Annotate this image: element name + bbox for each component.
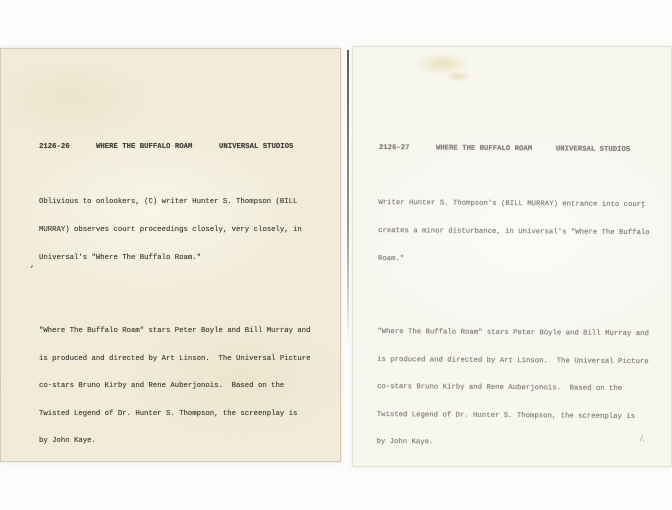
studio-name: UNIVERSAL STUDIOS — [556, 146, 631, 156]
caption-sheet-right: 2126-27 WHERE THE BUFFALO ROAM UNIVERSAL… — [352, 46, 672, 467]
credits-line: is produced and directed by Art Linson. … — [377, 356, 667, 367]
studio-name: UNIVERSAL STUDIOS — [219, 143, 293, 152]
caption-line: creates a minor disturbance, in Universa… — [378, 227, 668, 238]
credits-line: co-stars Bruno Kirby and Rene Auberjonoi… — [39, 382, 329, 391]
credits-line: by John Kaye. — [39, 437, 329, 446]
caption-line: Oblivious to onlookers, (C) writer Hunte… — [39, 198, 329, 207]
page-edge-shadow — [347, 50, 349, 346]
typed-text-left: 2126-26 WHERE THE BUFFALO ROAM UNIVERSAL… — [39, 125, 329, 493]
caption-sheet-left: 2126-26 WHERE THE BUFFALO ROAM UNIVERSAL… — [0, 48, 341, 462]
caption-line: MURRAY) observes court proceedings close… — [39, 226, 329, 235]
handwritten-mark: ’ — [28, 263, 35, 277]
caption-line: Universal's "Where The Buffalo Roam." — [39, 254, 329, 263]
credits-line: "Where The Buffalo Roam" stars Peter Boy… — [39, 327, 329, 336]
caption-paragraph: Writer Hunter S. Thompson's (BILL MURRAY… — [378, 181, 669, 285]
credits-line: co-stars Bruno Kirby and Rene Auberjonoi… — [377, 383, 667, 394]
caption-paragraph: Oblivious to onlookers, (C) writer Hunte… — [39, 180, 329, 281]
caption-line: Roam." — [378, 255, 668, 266]
credits-paragraph: "Where The Buffalo Roam" stars Peter Boy… — [39, 309, 329, 465]
credits-line: Twisted Legend of Dr. Hunter S. Thompson… — [377, 411, 667, 422]
credits-line: is produced and directed by Art Linson. … — [39, 355, 329, 364]
film-title: WHERE THE BUFFALO ROAM — [96, 143, 192, 152]
photo-id: 2126-27 — [379, 144, 410, 153]
scanned-photo-captions: { "left_page": { "id_number": "2126-26",… — [0, 0, 672, 510]
credits-line: by John Kaye. — [376, 438, 666, 449]
credits-line: "Where The Buffalo Roam" stars Peter Boy… — [377, 328, 667, 339]
credits-paragraph: "Where The Buffalo Roam" stars Peter Boy… — [376, 310, 667, 469]
caption-line: Writer Hunter S. Thompson's (BILL MURRAY… — [378, 199, 668, 210]
photo-id: 2126-26 — [39, 143, 70, 152]
typed-text-right: 2126-27 WHERE THE BUFFALO ROAM UNIVERSAL… — [376, 126, 669, 496]
credits-line: Twisted Legend of Dr. Hunter S. Thompson… — [39, 410, 329, 419]
header-line: 2126-26 WHERE THE BUFFALO ROAM UNIVERSAL… — [39, 143, 329, 152]
film-title: WHERE THE BUFFALO ROAM — [436, 145, 532, 155]
header-line: 2126-27 WHERE THE BUFFALO ROAM UNIVERSAL… — [379, 144, 669, 155]
